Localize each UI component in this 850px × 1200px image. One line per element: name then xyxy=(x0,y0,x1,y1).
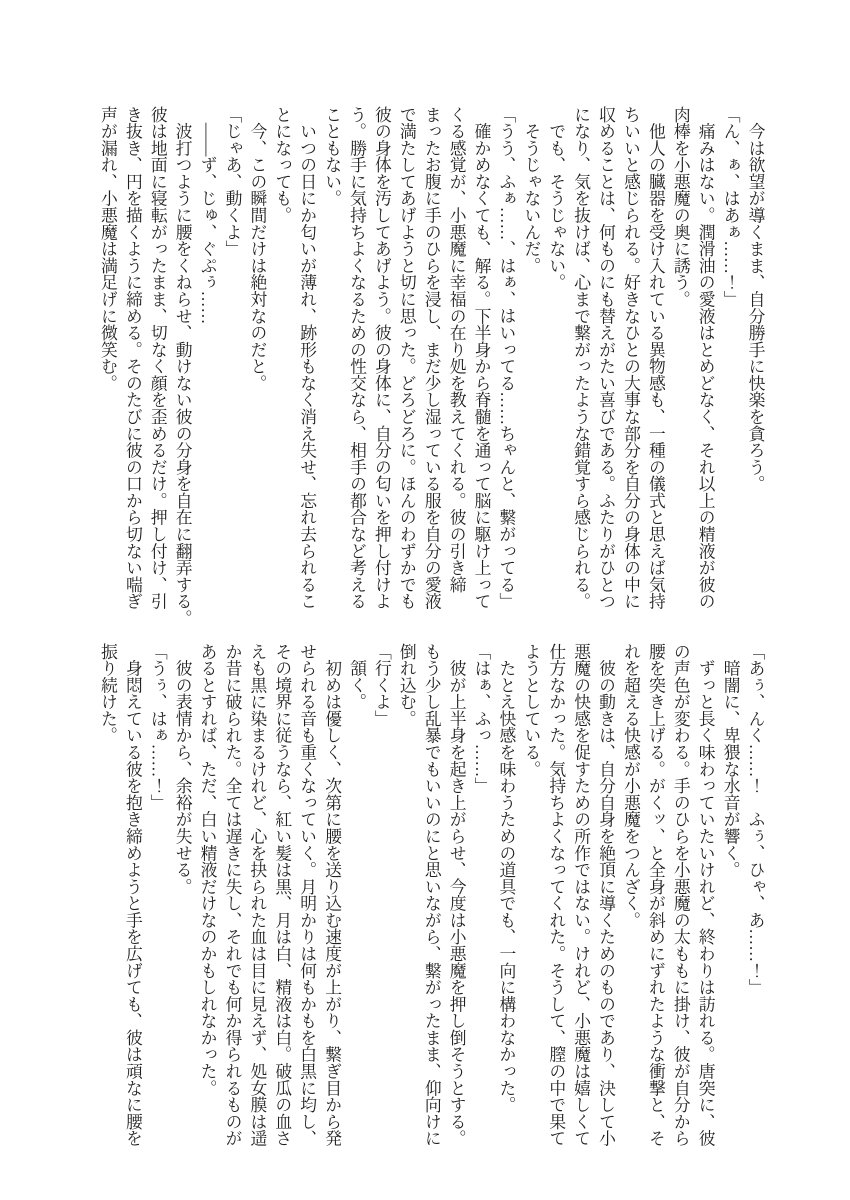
text-column: 今、この瞬間だけは絶対なのだと。 xyxy=(244,106,269,628)
text-column: ずっと長く味わっていたいけれど、終わりは訪れる。唐突に、彼 xyxy=(692,643,717,1170)
text-column: 「ん、ぁ、はあぁ……！」 xyxy=(717,106,742,628)
text-column: 収めることは、何ものにも替えがたい喜びである。ふたりがひとつ xyxy=(593,106,618,628)
text-column: 仕方なかった。気持ちよくなってくれた。そうして、膣の中で果て xyxy=(543,643,568,1170)
text-column: 今は欲望が導くまま、自分勝手に快楽を貪ろう。 xyxy=(742,106,767,628)
text-column: ちいいと感じられる。好きなひとの大事な部分を自分の身体の中に xyxy=(618,106,643,628)
text-column: の声色が変わる。手のひらを小悪魔の太ももに掛け、彼が自分から xyxy=(667,643,692,1170)
text-column: 「うぅ、はぁ……！」 xyxy=(144,643,169,1170)
text-column: か昔に破られた。全ては遅きに失し、それでも何か得られるものが xyxy=(219,643,244,1170)
text-column: 彼の身体を汚してあげよう。彼の身体に、自分の匂いを押し付けよ xyxy=(369,106,394,628)
text-column: でも、そうじゃない。 xyxy=(543,106,568,628)
text-column: 波打つように腰をくねらせ、動けない彼の分身を自在に翻弄する。 xyxy=(169,106,194,628)
text-column: 身悶えている彼を抱き締めようと手を広げても、彼は頑なに腰を xyxy=(119,643,144,1170)
text-column: ――ず、じゅ、ぐぷぅ…… xyxy=(194,106,219,628)
text-column: 頷く。 xyxy=(344,643,369,1170)
text-column: えも黒に染まるけれど、心を抉られた血は目に見えず、処女膜は遥 xyxy=(244,643,269,1170)
text-column: せられる音も重くなっていく。月明かりは何もかもを白黒に均し、 xyxy=(294,643,319,1170)
text-column: になり、気を抜けば、心まで繋がったような錯覚すら感じられる。 xyxy=(568,106,593,628)
text-column: 彼が上半身を起き上がらせ、今度は小悪魔を押し倒そうとする。 xyxy=(443,643,468,1170)
text-column: いつの日にか匂いが薄れ、跡形もなく消え失せ、忘れ去られるこ xyxy=(294,106,319,628)
text-column: 悪魔の快感を促すための所作ではない。けれど、小悪魔は嬉しくて xyxy=(568,643,593,1170)
text-column: 「はぁ、ふっ……」 xyxy=(468,643,493,1170)
text-block-bottom: 「あぅ、んく……！ ふぅ、ひゃ、あ……！」 暗闇に、卑猥な水音が響く。 ずっと長… xyxy=(83,643,767,1170)
text-column: 「行くよ」 xyxy=(369,643,394,1170)
text-column: 倒れ込む。 xyxy=(393,643,418,1170)
text-column: 「うう、ふぁ……、はぁ、はいってる……ちゃんと、繋がってる」 xyxy=(493,106,518,628)
text-column: 暗闇に、卑猥な水音が響く。 xyxy=(717,643,742,1170)
text-column: 彼の動きは、自分自身を絶頂に導くためのものであり、決して小 xyxy=(593,643,618,1170)
text-column: 声が漏れ、小悪魔は満足げに微笑む。 xyxy=(95,106,120,628)
text-column: 肉棒を小悪魔の奥に誘う。 xyxy=(667,106,692,628)
text-column: 「あぅ、んく……！ ふぅ、ひゃ、あ……！」 xyxy=(742,643,767,1170)
text-column: たとえ快感を味わうための道具でも、一向に構わなかった。 xyxy=(493,643,518,1170)
text-column: 振り続けた。 xyxy=(95,643,120,1170)
text-column: 腰を突き上げる。がくッ、と全身が斜めにずれたような衝撃と、そ xyxy=(642,643,667,1170)
text-column: 彼は地面に寝転がったまま、切なく顔を歪めるだけ。押し付け、引 xyxy=(144,106,169,628)
text-column: もう少し乱暴でもいいのにと思いながら、繋がったまま、仰向けに xyxy=(418,643,443,1170)
text-block-top: 今は欲望が導くまま、自分勝手に快楽を貪ろう。「ん、ぁ、はあぁ……！」 痛みはない… xyxy=(83,106,767,628)
text-column: 痛みはない。潤滑油の愛液はとめどなく、それ以上の精液が彼の xyxy=(692,106,717,628)
text-column: 彼の表情から、余裕が失せる。 xyxy=(169,643,194,1170)
text-column: 他人の臓器を受け入れている異物感も、一種の儀式と思えば気持 xyxy=(642,106,667,628)
text-column: で満たしてあげようと切に思った。どろどろに。ほんのわずかでも xyxy=(393,106,418,628)
text-column: くる感覚が、小悪魔に幸福の在り処を教えてくれる。彼の引き締 xyxy=(443,106,468,628)
text-column: あるとすれば、ただ、白い精液だけなのかもしれなかった。 xyxy=(194,643,219,1170)
text-column: き抜き、円を描くように締める。そのたびに彼の口から切ない喘ぎ xyxy=(119,106,144,628)
text-column: その境界に従うなら、紅い髪は黒、月は白、精液は白。破瓜の血さ xyxy=(269,643,294,1170)
text-column: う。勝手に気持ちよくなるための性交なら、相手の都合など考える xyxy=(344,106,369,628)
text-column: れを超える快感が小悪魔をつんざく。 xyxy=(618,643,643,1170)
text-column: 確かめなくても、解る。下半身から脊髄を通って脳に駆け上って xyxy=(468,106,493,628)
text-column: 初めは優しく、次第に腰を送り込む速度が上がり、繋ぎ目から発 xyxy=(319,643,344,1170)
text-column: そうじゃないんだ。 xyxy=(518,106,543,628)
text-column: こともない。 xyxy=(319,106,344,628)
text-column: ようとしている。 xyxy=(518,643,543,1170)
text-column: とになっても。 xyxy=(269,106,294,628)
text-column: まったお腹に手のひらを浸し、まだ少し湿っている服を自分の愛液 xyxy=(418,106,443,628)
scanned-novel-page: 今は欲望が導くまま、自分勝手に快楽を貪ろう。「ん、ぁ、はあぁ……！」 痛みはない… xyxy=(0,0,850,1200)
text-column: 「じゃあ、動くよ」 xyxy=(219,106,244,628)
